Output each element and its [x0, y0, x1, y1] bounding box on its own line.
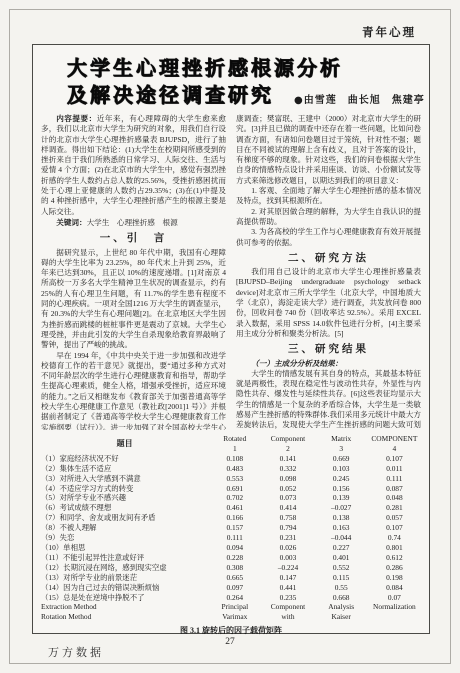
table-header-number: 2 — [261, 444, 314, 454]
table-header-number: 4 — [368, 444, 421, 454]
table-value-cell: 0.098 — [261, 474, 314, 484]
section-heading-methods: 二、研究方法 — [236, 253, 421, 263]
table-value-cell: 0.245 — [315, 474, 368, 484]
table-value-cell: 0.147 — [261, 573, 314, 583]
left-column: 内容提要：近年来，有心理障碍的大学生愈来愈多，我们以北京市大学生为研究的对象，用… — [41, 114, 226, 430]
table-value-cell: 0.758 — [261, 513, 314, 523]
table-item-label: （6）考试成绩不理想 — [41, 503, 208, 513]
table-value-cell: with — [261, 612, 314, 622]
table-value-cell: 0.139 — [315, 493, 368, 503]
table-value-cell: 0.665 — [208, 573, 261, 583]
table-item-label: （3）对所进入大学感到不满意 — [41, 474, 208, 484]
table-row: （14）因为自己过去的错误决断烦恼0.0970.4410.550.084 — [41, 583, 421, 593]
intro-paragraph-2: 早在 1994 年，《中共中央关于进一步加强和改进学校德育工作的若干意见》就提出… — [41, 351, 226, 430]
table-row: （11）不能引起异性注意或好评0.2280.0030.4010.612 — [41, 553, 421, 563]
table-value-cell: 0.553 — [208, 474, 261, 484]
table-value-cell: 0.231 — [261, 533, 314, 543]
figure-caption: 图 3.1 旋转后的因子载荷矩阵 — [41, 625, 421, 636]
table-item-label: （11）不能引起异性注意或好评 — [41, 553, 208, 563]
table-value-cell: 0.166 — [208, 513, 261, 523]
table-value-cell: 0.052 — [261, 484, 314, 494]
table-value-cell: 0.103 — [315, 464, 368, 474]
table-value-cell: 0.235 — [261, 593, 314, 603]
table-value-cell: 0.74 — [368, 533, 421, 543]
table-item-label: （7）和同学、舍友或朋友间有矛盾 — [41, 513, 208, 523]
table-value-cell: 0.401 — [315, 553, 368, 563]
journal-section-label: 青年心理 — [362, 24, 416, 40]
factor-matrix-table: 题目RotatedComponentMatrixCOMPONENT1234（1）… — [41, 434, 421, 622]
table-value-cell: 0.441 — [261, 583, 314, 593]
table-value-cell: Normalization — [368, 602, 421, 612]
table-header-cell: COMPONENT — [368, 434, 421, 444]
table-value-cell: 0.003 — [261, 553, 314, 563]
keywords-line: 关键词：大学生 心理挫折感 根源 — [41, 218, 226, 228]
intro-paragraph-1: 据研究显示，上世纪 80 年代中期，我国有心理障碍的大学生比率为 23.25%，… — [41, 248, 226, 351]
table-value-cell: 0.414 — [261, 503, 314, 513]
table-value-cell: 0.026 — [261, 543, 314, 553]
table-value-cell: 0.111 — [208, 533, 261, 543]
article-title-line2: 及解决途径调查研究 — [67, 82, 274, 109]
table-item-label: （13）对所学专业的前景迷茫 — [41, 573, 208, 583]
table-item-label: （9）失恋 — [41, 533, 208, 543]
table-row: （4）不适应学习方式的转变0.6910.0520.1560.087 — [41, 484, 421, 494]
table-row: （8）不被人理解0.1570.7940.1630.107 — [41, 523, 421, 533]
table-row: （3）对所进入大学感到不满意0.5530.0980.2450.111 — [41, 474, 421, 484]
table-value-cell: 0.115 — [315, 573, 368, 583]
table-header-number: 3 — [315, 444, 368, 454]
table-row: （2）集体生活不适应0.4830.3320.1030.011 — [41, 464, 421, 474]
table-value-cell: 0.057 — [368, 513, 421, 523]
keywords-text: 大学生 心理挫折感 根源 — [87, 218, 178, 227]
table-item-label: （5）对所学专业不感兴趣 — [41, 493, 208, 503]
table-value-cell: –0.027 — [315, 503, 368, 513]
table-row: （15）总是处在逆境中挣脱不了0.2640.2350.6680.07 — [41, 593, 421, 603]
table-row: （13）对所学专业的前景迷茫0.6650.1470.1150.198 — [41, 573, 421, 583]
table-col-title: 题目 — [41, 434, 208, 454]
table-item-label: （4）不适应学习方式的转变 — [41, 484, 208, 494]
abstract-paragraph: 内容提要：近年来，有心理障碍的大学生愈来愈多，我们以北京市大学生为研究的对象，用… — [41, 114, 226, 217]
table-value-cell: 0.461 — [208, 503, 261, 513]
table-value-cell: 0.552 — [315, 563, 368, 573]
methods-paragraph: 我们用自己设计的北京市大学生心理挫折感量表[BJUPSD–Beijing und… — [236, 267, 421, 339]
table-row: （6）考试成绩不理想0.4610.414–0.0270.281 — [41, 503, 421, 513]
article-frame: 大学生心理挫折感根源分析 及解决途径调查研究 ●由雪莲 曲长旭 焦建亭 内容提要… — [32, 44, 430, 634]
table-value-cell: 0.138 — [315, 513, 368, 523]
table-item-label: Rotation Method — [41, 612, 208, 622]
table-item-label: Extraction Method — [41, 602, 208, 612]
table-row: （10）单相思0.0940.0260.2270.801 — [41, 543, 421, 553]
table-value-cell: 0.228 — [208, 553, 261, 563]
objective-point-1: 1. 客观、全面地了解大学生心理挫折感的基本情况及特点，找到其根源所在。 — [236, 186, 421, 207]
table-value-cell — [368, 612, 421, 622]
table-value-cell: 0.107 — [368, 454, 421, 464]
table-item-label: （15）总是处在逆境中挣脱不了 — [41, 593, 208, 603]
results-paragraph: 大学生的情感发展有其自身的特点，其最基本特征就是两极性，表现在稳定性与波动性共存… — [236, 369, 421, 430]
objective-point-2: 2. 对其原因做合理的解释，为大学生自我认识的提高提供帮助。 — [236, 207, 421, 228]
table-value-cell: 0.094 — [208, 543, 261, 553]
table-area: 题目RotatedComponentMatrixCOMPONENT1234（1）… — [41, 434, 421, 636]
table-value-cell: 0.308 — [208, 563, 261, 573]
table-item-label: （8）不被人理解 — [41, 523, 208, 533]
table-value-cell: 0.612 — [368, 553, 421, 563]
table-item-label: （12）长期沉浸在网络，感到现实空虚 — [41, 563, 208, 573]
table-value-cell: 0.073 — [261, 493, 314, 503]
objective-point-3: 3. 为各高校的学生工作与心理健康教育有效开展提供可参考的依据。 — [236, 227, 421, 248]
table-row: （1）家庭经济状况不好0.1080.1410.6690.107 — [41, 454, 421, 464]
table-row: （9）失恋0.1110.231–0.0440.74 — [41, 533, 421, 543]
table-value-cell: Varimax — [208, 612, 261, 622]
table-value-cell: 0.264 — [208, 593, 261, 603]
table-item-label: （1）家庭经济状况不好 — [41, 454, 208, 464]
table-value-cell: 0.281 — [368, 503, 421, 513]
table-value-cell: 0.011 — [368, 464, 421, 474]
table-row: Rotation MethodVarimaxwithKaiser — [41, 612, 421, 622]
keywords-label: 关键词： — [56, 218, 86, 227]
table-value-cell: 0.794 — [261, 523, 314, 533]
table-value-cell: Principal — [208, 602, 261, 612]
table-value-cell: Kaiser — [315, 612, 368, 622]
table-row: （12）长期沉浸在网络，感到现实空虚0.308–0.2240.5520.286 — [41, 563, 421, 573]
two-column-body: 内容提要：近年来，有心理障碍的大学生愈来愈多，我们以北京市大学生为研究的对象，用… — [41, 114, 421, 430]
table-value-cell: 0.108 — [208, 454, 261, 464]
table-item-label: （10）单相思 — [41, 543, 208, 553]
table-item-label: （14）因为自己过去的错误决断烦恼 — [41, 583, 208, 593]
table-header-cell: Rotated — [208, 434, 261, 444]
table-header-row: 题目RotatedComponentMatrixCOMPONENT — [41, 434, 421, 444]
table-value-cell: 0.691 — [208, 484, 261, 494]
table-row: Extraction MethodPrincipalComponentAnaly… — [41, 602, 421, 612]
table-item-label: （2）集体生活不适应 — [41, 464, 208, 474]
table-header-cell: Matrix — [315, 434, 368, 444]
table-value-cell: 0.048 — [368, 493, 421, 503]
table-value-cell: 0.286 — [368, 563, 421, 573]
table-value-cell: 0.107 — [368, 523, 421, 533]
title-block: 大学生心理挫折感根源分析 及解决途径调查研究 ●由雪莲 曲长旭 焦建亭 — [67, 55, 421, 109]
abstract-text: 近年来，有心理障碍的大学生愈来愈多，我们以北京市大学生为研究的对象，用我们自行设… — [41, 114, 226, 216]
table-value-cell: Component — [261, 602, 314, 612]
table-value-cell: 0.702 — [208, 493, 261, 503]
article-title-line1: 大学生心理挫折感根源分析 — [67, 55, 421, 82]
table-value-cell: 0.332 — [261, 464, 314, 474]
table-value-cell: 0.07 — [368, 593, 421, 603]
table-value-cell: 0.801 — [368, 543, 421, 553]
table-row: （5）对所学专业不感兴趣0.7020.0730.1390.048 — [41, 493, 421, 503]
right-column: 康调查；樊富珉、王建中（2000）对北京市大学生的研究。[3]并且已做的调查中还… — [236, 114, 421, 430]
table-value-cell: 0.111 — [368, 474, 421, 484]
table-value-cell: 0.141 — [261, 454, 314, 464]
table-value-cell: 0.084 — [368, 583, 421, 593]
results-subheading: （一）主成分分析及结果： — [236, 359, 421, 369]
intro-paragraph-3: 康调查；樊富珉、王建中（2000）对北京市大学生的研究。[3]并且已做的调查中还… — [236, 114, 421, 186]
table-value-cell: 0.227 — [315, 543, 368, 553]
table-value-cell: 0.097 — [208, 583, 261, 593]
page-number: 27 — [0, 637, 460, 647]
table-header-number: 1 — [208, 444, 261, 454]
article-authors: ●由雪莲 曲长旭 焦建亭 — [294, 91, 425, 106]
table-value-cell: 0.198 — [368, 573, 421, 583]
table-row: （7）和同学、舍友或朋友间有矛盾0.1660.7580.1380.057 — [41, 513, 421, 523]
table-value-cell: 0.55 — [315, 583, 368, 593]
abstract-label: 内容提要： — [56, 114, 97, 123]
section-heading-results: 三、研究结果 — [236, 344, 421, 354]
table-value-cell: 0.668 — [315, 593, 368, 603]
section-heading-intro: 一、引 言 — [41, 233, 226, 243]
table-value-cell: 0.163 — [315, 523, 368, 533]
table-value-cell: –0.224 — [261, 563, 314, 573]
table-header-cell: Component — [261, 434, 314, 444]
table-value-cell: 0.669 — [315, 454, 368, 464]
table-value-cell: 0.156 — [315, 484, 368, 494]
table-value-cell: –0.044 — [315, 533, 368, 543]
table-value-cell: 0.157 — [208, 523, 261, 533]
table-value-cell: 0.483 — [208, 464, 261, 474]
table-value-cell: 0.087 — [368, 484, 421, 494]
table-value-cell: Analysis — [315, 602, 368, 612]
